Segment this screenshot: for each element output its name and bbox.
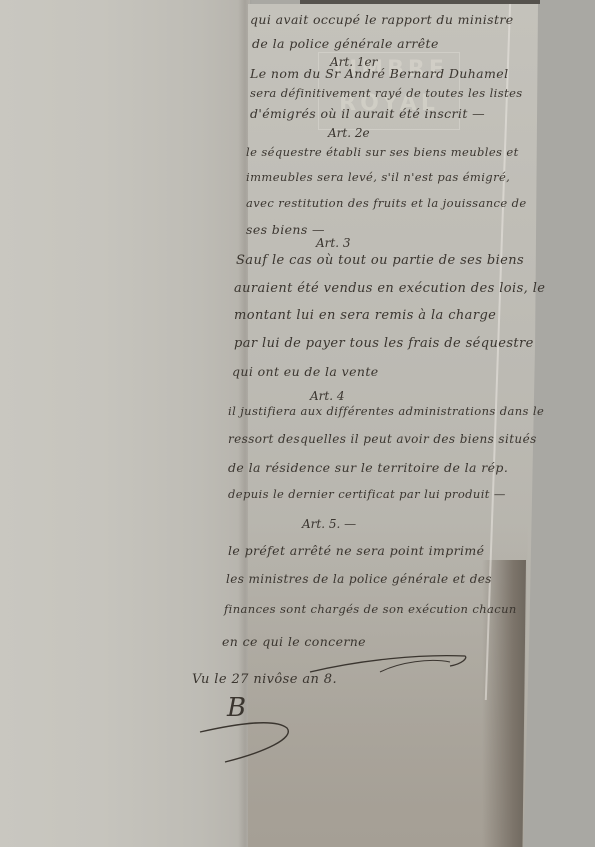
text-line: il justifiera aux différentes administra… xyxy=(228,404,544,418)
article-heading: Art. 2e xyxy=(328,126,370,140)
text-line: le préfet arrêté ne sera point imprimé xyxy=(228,543,484,558)
text-line: les ministres de la police générale et d… xyxy=(226,572,492,586)
text-line: sera définitivement rayé de toutes les l… xyxy=(250,86,523,100)
text-line: avec restitution des fruits et la jouiss… xyxy=(246,196,527,210)
signature-paraph: B xyxy=(195,690,305,770)
text-line: de la police générale arrête xyxy=(252,36,439,51)
text-line: Sauf le cas où tout ou partie de ses bie… xyxy=(236,253,524,268)
text-line: Le nom du Sr André Bernard Duhamel xyxy=(250,66,508,81)
text-line: qui ont eu de la vente xyxy=(232,364,379,379)
text-line: finances sont chargés de son exécution c… xyxy=(224,602,517,616)
text-line: de la résidence sur le territoire de la … xyxy=(228,460,508,475)
text-line: auraient été vendus en exécution des loi… xyxy=(234,281,545,296)
text-line: d'émigrés où il aurait été inscrit — xyxy=(250,106,485,121)
pen-flourish xyxy=(300,648,470,678)
signature-initial: B xyxy=(226,693,246,723)
text-line: montant lui en sera remis à la charge xyxy=(234,308,496,323)
text-line: ses biens — xyxy=(246,222,325,237)
document-sheet: TIMBRE ROYAL qui avait occupé le rapport… xyxy=(0,0,595,847)
article-heading: Art. 3 xyxy=(316,236,351,250)
text-line: qui avait occupé le rapport du ministre xyxy=(250,12,514,27)
article-heading: Art. 4 xyxy=(310,389,345,403)
text-line: depuis le dernier certificat par lui pro… xyxy=(228,487,506,501)
text-line: immeubles sera levé, s'il n'est pas émig… xyxy=(246,170,510,184)
text-line: ressort desquelles il peut avoir des bie… xyxy=(228,432,537,446)
text-line: en ce qui le concerne xyxy=(222,634,366,649)
article-heading: Art. 5. — xyxy=(302,517,356,531)
text-line: par lui de payer tous les frais de séque… xyxy=(234,336,534,351)
text-line: le séquestre établi sur ses biens meuble… xyxy=(246,145,519,159)
